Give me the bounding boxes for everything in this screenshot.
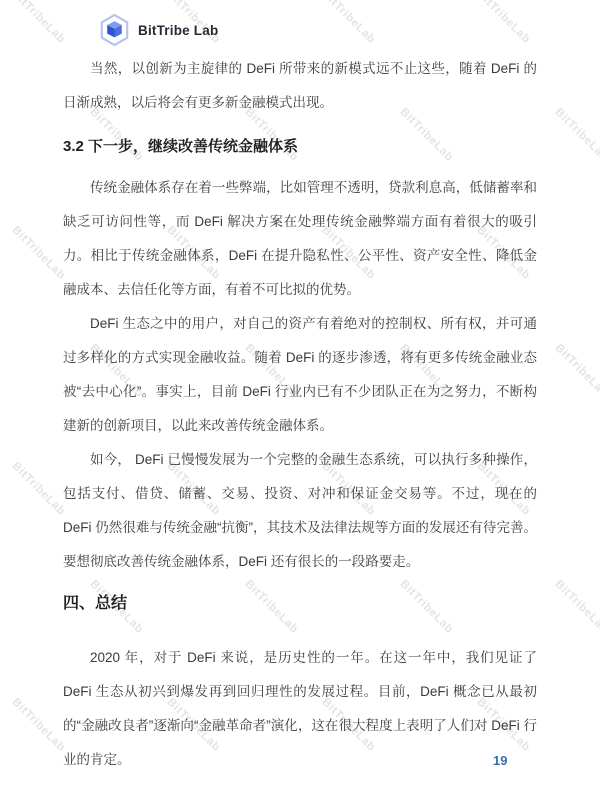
watermark-text: BitTribeLab — [553, 578, 600, 636]
watermark-text: BitTribeLab — [475, 0, 533, 46]
paragraph: 2020 年，对于 DeFi 来说，是历史性的一年。在这一年中，我们见证了 De… — [63, 641, 537, 777]
document-page: 当然，以创新为主旋律的 DeFi 所带来的新模式远不止这些，随着 DeFi 的日… — [63, 52, 537, 777]
watermark-text: BitTribeLab — [320, 0, 378, 46]
paragraph: 如今， DeFi 已慢慢发展为一个完整的金融生态系统，可以执行多种操作，包括支付… — [63, 443, 537, 579]
paragraph-intro: 当然，以创新为主旋律的 DeFi 所带来的新模式远不止这些，随着 DeFi 的日… — [63, 52, 537, 120]
watermark-text: BitTribeLab — [10, 224, 68, 282]
bittribelab-cube-icon — [99, 13, 130, 47]
paragraph: DeFi 生态之中的用户，对自己的资产有着绝对的控制权、所有权，并可通过多样化的… — [63, 307, 537, 443]
watermark-text: BitTribeLab — [10, 0, 68, 46]
section-heading-summary: 四、总结 — [63, 591, 537, 617]
watermark-text: BitTribeLab — [10, 696, 68, 754]
watermark-text: BitTribeLab — [553, 342, 600, 400]
page-number: 19 — [493, 753, 507, 768]
paragraph: 传统金融体系存在着一些弊端，比如管理不透明，贷款利息高，低储蓄率和缺乏可访问性等… — [63, 171, 537, 307]
section-heading-3-2: 3.2 下一步，继续改善传统金融体系 — [63, 135, 537, 159]
brand-name: BitTribe Lab — [138, 23, 218, 38]
watermark-text: BitTribeLab — [10, 460, 68, 518]
logo: BitTribe Lab — [99, 13, 218, 47]
watermark-text: BitTribeLab — [553, 106, 600, 164]
